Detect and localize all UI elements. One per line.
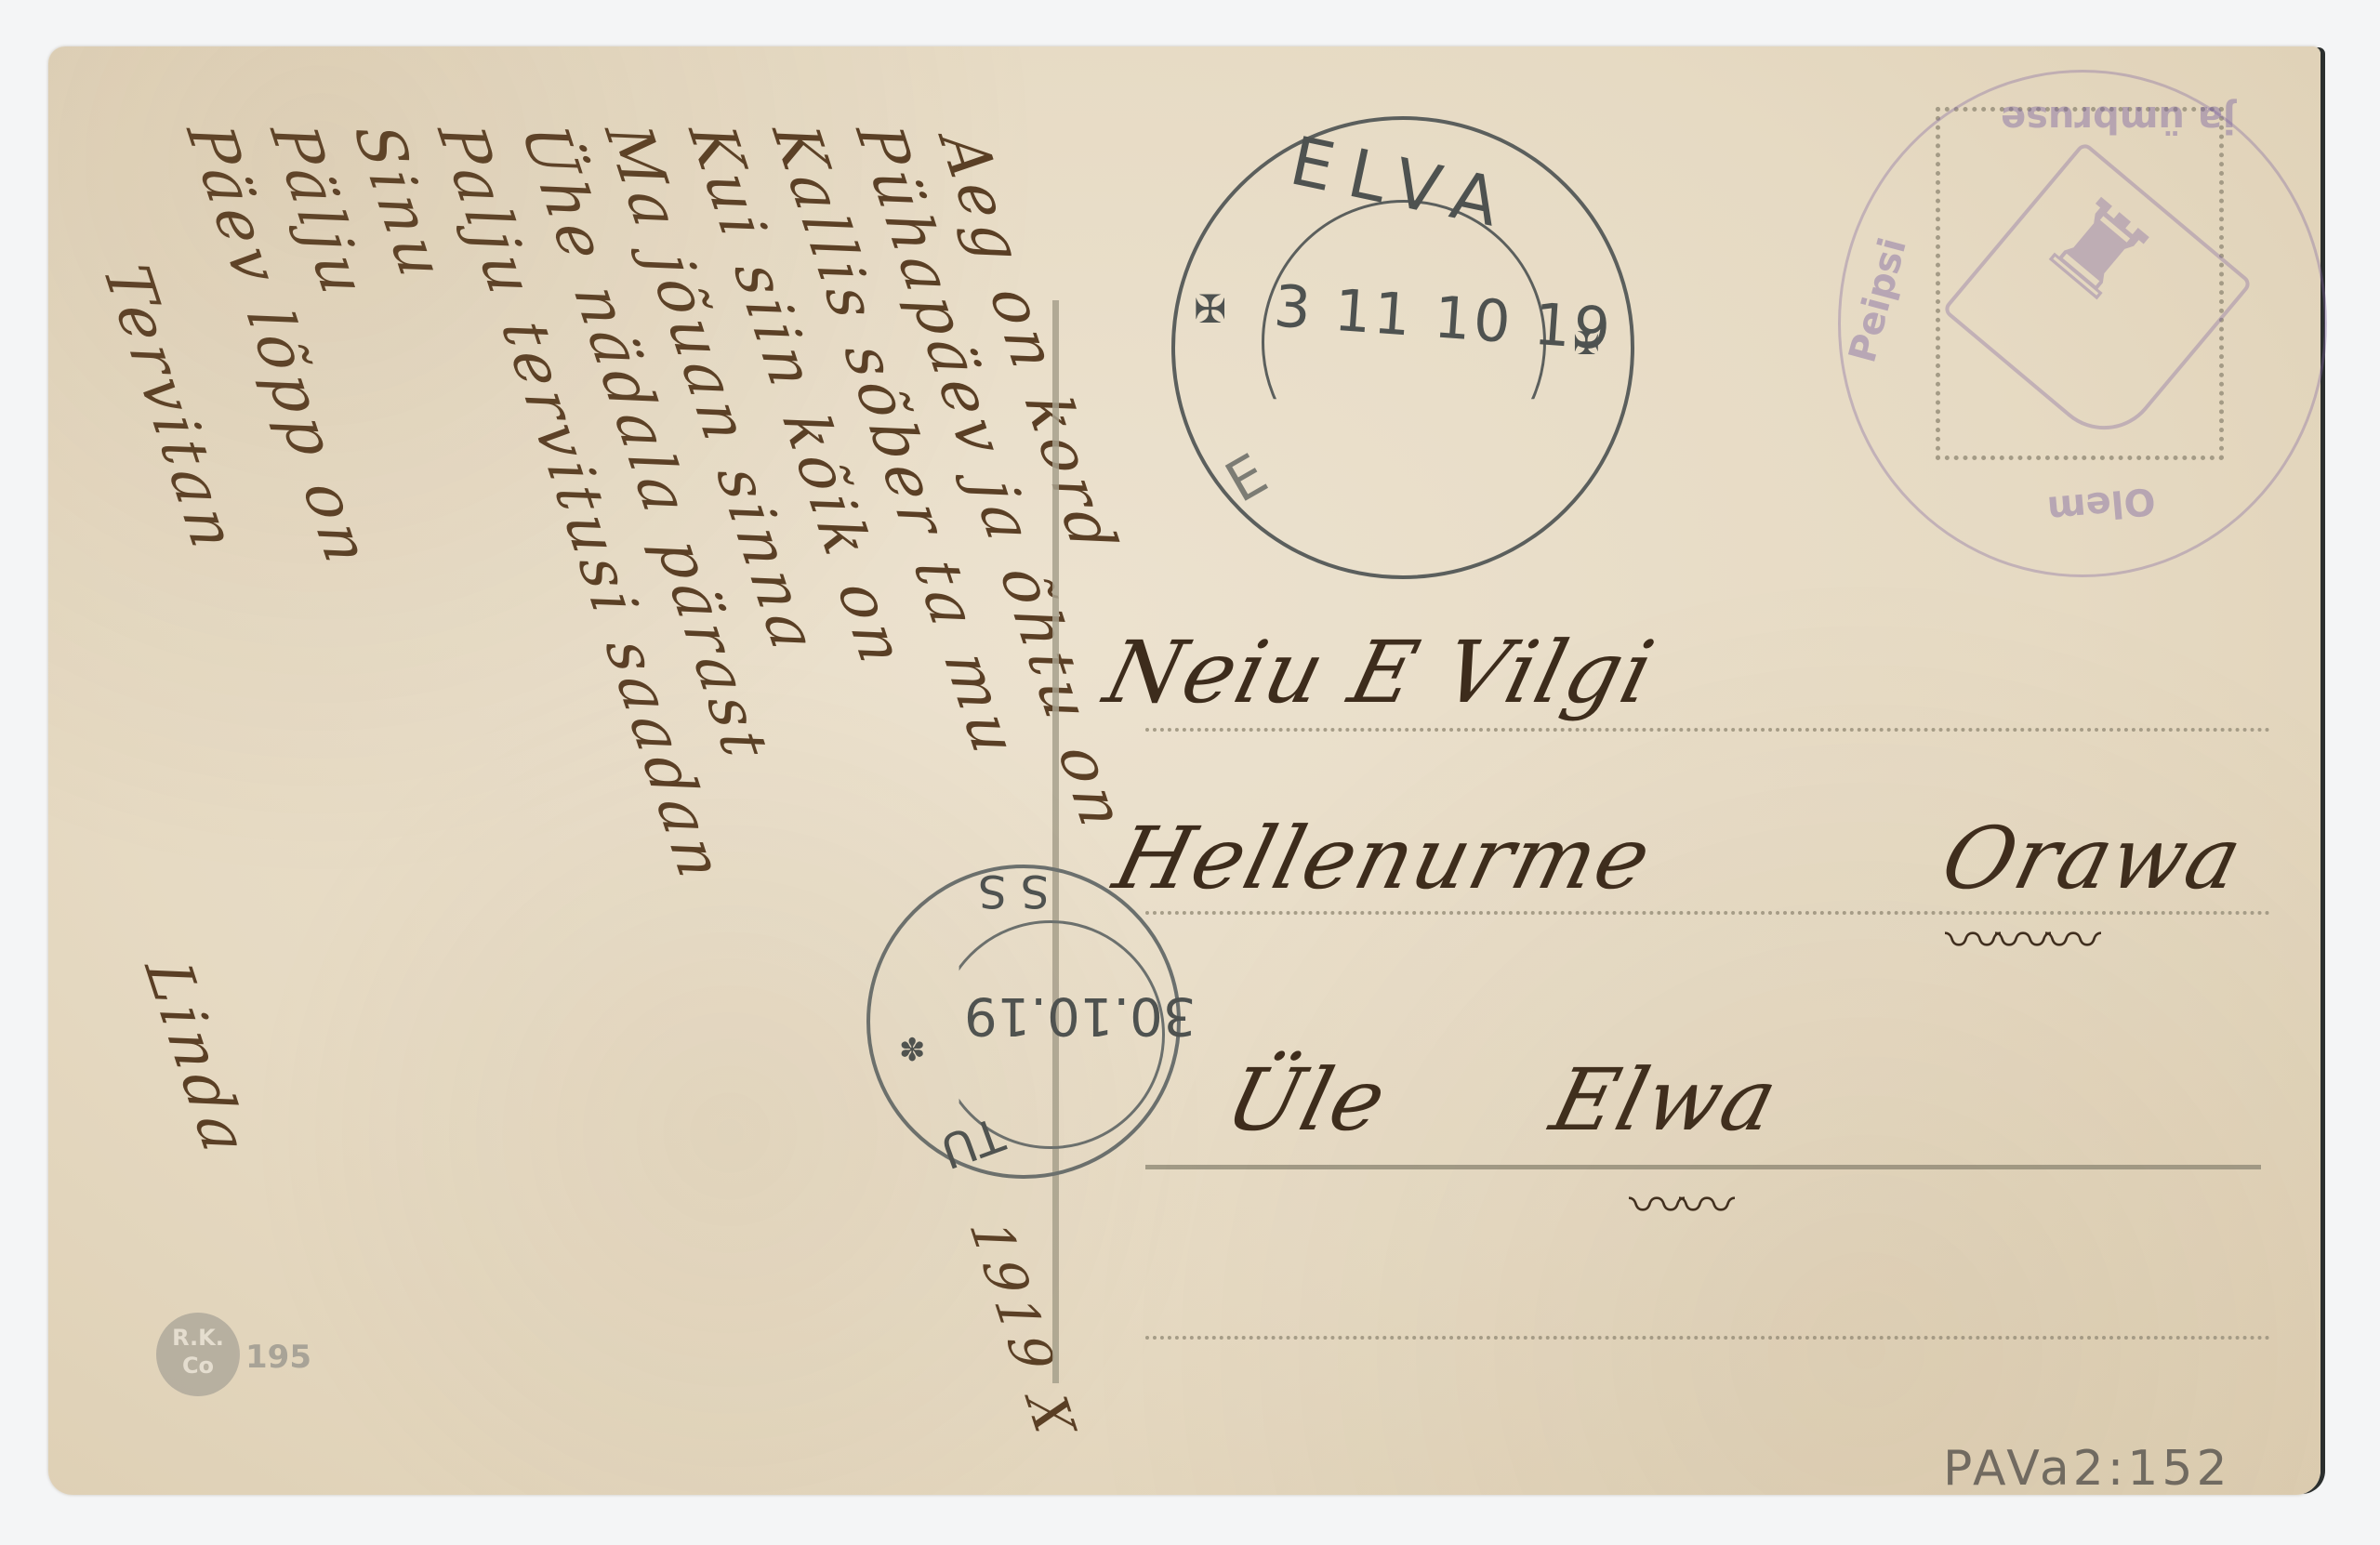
underline-squiggle: 〰〰 [1629,1162,1729,1242]
recipient-town: Elwa [1542,1050,1789,1150]
publisher-mark: R.K. Co [164,1324,232,1380]
postmark-town-partial: S S [978,865,1049,917]
divider-line [1052,300,1059,1383]
publisher-number: 195 [245,1339,311,1376]
postcard: Aeg on kord Pühapäev ja õhtu on Kallis s… [48,46,2320,1495]
archive-catalog-id: PAVa2:152 [1943,1441,2231,1497]
address-line-2 [1145,911,2270,915]
postmark-date: 30.10.19 [964,985,1196,1046]
star-ornament-icon: ✽ [899,1032,926,1069]
address-line-1 [1145,728,2270,732]
message-date: 1919 X [957,1218,1091,1442]
recipient-village: Hellenurme [1105,809,1662,908]
cross-ornament-icon: ✠ [1573,325,1600,363]
recipient-name: Neiu E Vilgi [1096,623,1665,722]
recipient-parish: Orawa [1933,809,2254,908]
handwritten-message: Aeg on kord Pühapäev ja õhtu on Kallis s… [113,121,1043,1515]
cross-ornament-icon: ✠ [1194,286,1226,332]
publisher-logo: R.K. Co [156,1313,240,1396]
underline-squiggle: 〰〰〰 [1945,897,2096,977]
official-stamp-text: ja ümbruse [2001,98,2236,140]
address-line-4 [1145,1336,2270,1340]
message-signature: Linda [130,957,265,1161]
via-prefix: Üle [1217,1050,1397,1150]
